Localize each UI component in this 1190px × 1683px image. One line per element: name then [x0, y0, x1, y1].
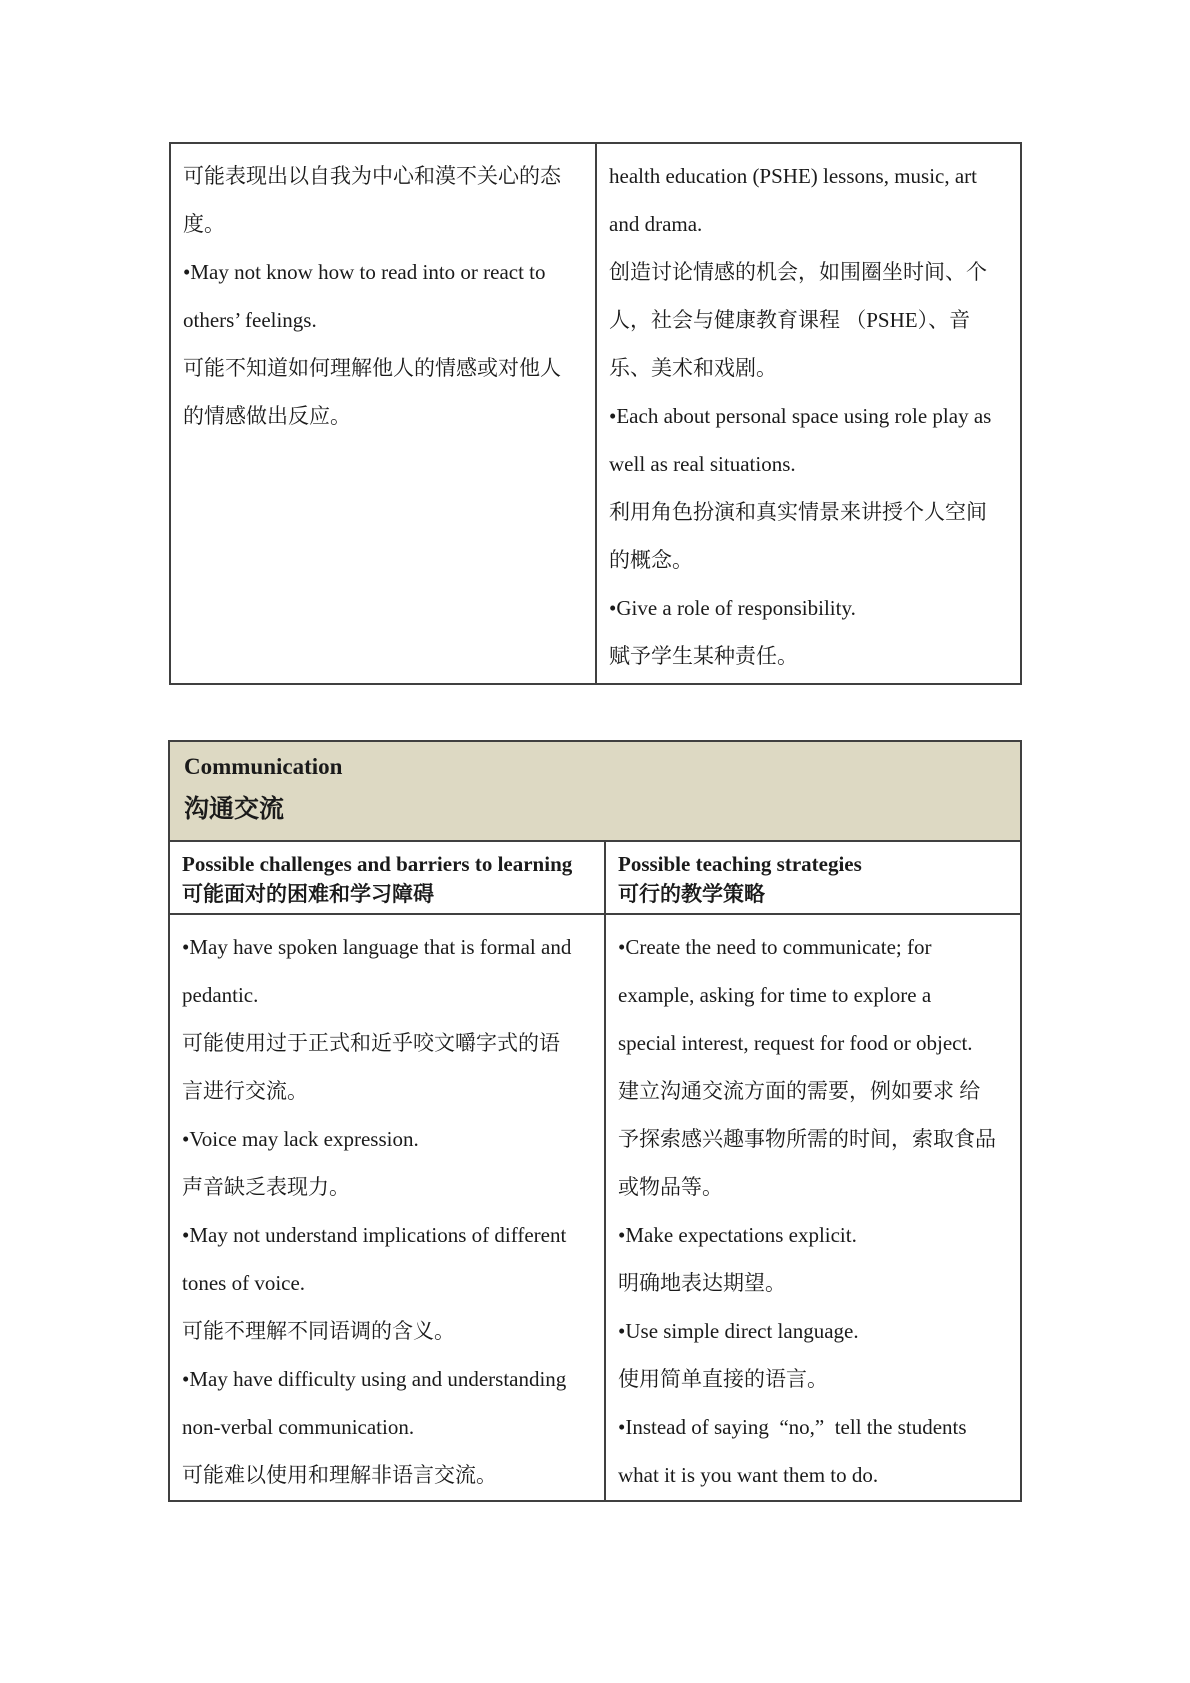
challenges-cell: 可能表现出以自我为中心和漠不关心的态度。•May not know how to…	[171, 144, 597, 683]
text-line: •May have spoken language that is formal…	[182, 923, 594, 971]
text-line: •May have difficulty using and understan…	[182, 1355, 594, 1403]
text-line: special interest, request for food or ob…	[618, 1019, 1010, 1067]
text-line: 或物品等。	[618, 1163, 1010, 1211]
text-line: •Give a role of responsibility.	[609, 584, 1010, 632]
strategies-header-cell: Possible teaching strategies 可行的教学策略	[606, 842, 1020, 913]
text-line: pedantic.	[182, 971, 594, 1019]
text-line: 可能表现出以自我为中心和漠不关心的态	[183, 152, 585, 200]
text-line: •Instead of saying “no,” tell the studen…	[618, 1403, 1010, 1451]
text-line: •Make expectations explicit.	[618, 1211, 1010, 1259]
text-line: well as real situations.	[609, 440, 1010, 488]
text-line: 人，社会与健康教育课程 （PSHE）、音	[609, 296, 1010, 344]
text-line: •Create the need to communicate; for	[618, 923, 1010, 971]
strategies-header-chinese: 可行的教学策略	[618, 879, 1012, 909]
text-line: and drama.	[609, 200, 1010, 248]
continuation-table: 可能表现出以自我为中心和漠不关心的态度。•May not know how to…	[169, 142, 1022, 685]
table-body-row: •May have spoken language that is formal…	[170, 915, 1020, 1500]
text-line: what it is you want them to do.	[618, 1451, 1010, 1499]
text-line: 可能不知道如何理解他人的情感或对他人	[183, 344, 585, 392]
text-line: non-verbal communication.	[182, 1403, 594, 1451]
text-line: •Each about personal space using role pl…	[609, 392, 1010, 440]
section-title-chinese: 沟通交流	[184, 787, 1020, 833]
text-line: example, asking for time to explore a	[618, 971, 1010, 1019]
text-line: 乐、美术和戏剧。	[609, 344, 1010, 392]
challenges-cell: •May have spoken language that is formal…	[170, 915, 606, 1500]
challenges-header-english: Possible challenges and barriers to lear…	[182, 849, 596, 879]
challenges-header-chinese: 可能面对的困难和学习障碍	[182, 879, 596, 909]
section-title-english: Communication	[184, 747, 1020, 787]
text-line: •Use simple direct language.	[618, 1307, 1010, 1355]
text-line: 明确地表达期望。	[618, 1259, 1010, 1307]
text-line: •May not understand implications of diff…	[182, 1211, 594, 1259]
text-line: 的概念。	[609, 536, 1010, 584]
strategies-header-english: Possible teaching strategies	[618, 849, 1012, 879]
text-line: 声音缺乏表现力。	[182, 1163, 594, 1211]
strategies-cell: •Create the need to communicate; forexam…	[606, 915, 1020, 1500]
communication-table: Communication 沟通交流 Possible challenges a…	[168, 740, 1022, 1502]
text-line: tones of voice.	[182, 1259, 594, 1307]
section-header-band: Communication 沟通交流	[170, 742, 1020, 842]
column-header-row: Possible challenges and barriers to lear…	[170, 842, 1020, 915]
text-line: health education (PSHE) lessons, music, …	[609, 152, 1010, 200]
text-line: 赋予学生某种责任。	[609, 632, 1010, 680]
strategies-cell: health education (PSHE) lessons, music, …	[597, 144, 1020, 683]
text-line: 言进行交流。	[182, 1067, 594, 1115]
document-page: { "page": { "background": "#ffffff" }, "…	[0, 0, 1190, 1683]
text-line: others’ feelings.	[183, 296, 585, 344]
text-line: •May not know how to read into or react …	[183, 248, 585, 296]
table-row: 可能表现出以自我为中心和漠不关心的态度。•May not know how to…	[171, 144, 1020, 683]
challenges-header-cell: Possible challenges and barriers to lear…	[170, 842, 606, 913]
text-line: 建立沟通交流方面的需要，例如要求 给	[618, 1067, 1010, 1115]
text-line: 可能不理解不同语调的含义。	[182, 1307, 594, 1355]
text-line: 可能难以使用和理解非语言交流。	[182, 1451, 594, 1499]
text-line: 度。	[183, 200, 585, 248]
text-line: 的情感做出反应。	[183, 392, 585, 440]
text-line: •Voice may lack expression.	[182, 1115, 594, 1163]
text-line: 可能使用过于正式和近乎咬文嚼字式的语	[182, 1019, 594, 1067]
text-line: 使用简单直接的语言。	[618, 1355, 1010, 1403]
text-line: 予探索感兴趣事物所需的时间，索取食品	[618, 1115, 1010, 1163]
text-line: 创造讨论情感的机会，如围圈坐时间、个	[609, 248, 1010, 296]
text-line: 利用角色扮演和真实情景来讲授个人空间	[609, 488, 1010, 536]
